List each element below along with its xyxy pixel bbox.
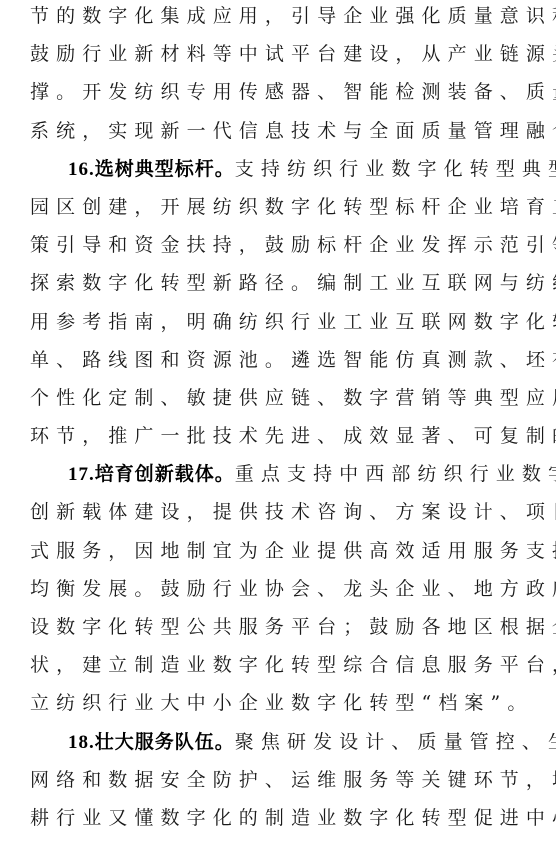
text-run: 重点支持中西部纺织行业数字化转型 [235,463,556,485]
text-line: 节的数字化集成应用，引导企业强化质量意识和质量观念。 [30,0,530,35]
text-line: 鼓励行业新材料等中试平台建设，从产业链源头加强质量支 [30,35,530,73]
text-run: 支持纺织行业数字化转型典型集群/ [235,158,556,180]
paragraph-first-line: 16.选树典型标杆。支持纺织行业数字化转型典型集群/ [30,150,530,188]
paragraph-first-line: 17.培育创新载体。重点支持中西部纺织行业数字化转型 [30,455,530,493]
text-line: 撑。开发纺织专用传感器、智能检测装备、质量控制与执行 [30,73,530,111]
section-heading-17: 17.培育创新载体。 [68,464,235,485]
text-line: 立纺织行业大中小企业数字化转型“档案”。 [30,684,530,722]
text-line: 探索数字化转型新路径。编制工业互联网与纺织行业融合应 [30,264,530,302]
text-run: 聚焦研发设计、质量管控、生产制造、 [235,731,556,753]
text-line: 状，建立制造业数字化转型综合信息服务平台，分类分级建 [30,646,530,684]
text-line: 设数字化转型公共服务平台；鼓励各地区根据企业发展现 [30,608,530,646]
text-line: 均衡发展。鼓励行业协会、龙头企业、地方政府因地制宜建 [30,570,530,608]
text-line: 园区创建，开展纺织数字化转型标杆企业培育工作，加大政 [30,188,530,226]
text-line: 耕行业又懂数字化的制造业数字化转型促进中心，推动服务 [30,799,530,837]
paragraph-16: 16.选树典型标杆。支持纺织行业数字化转型典型集群/ 园区创建，开展纺织数字化转… [30,150,530,456]
text-line: 式服务，因地制宜为企业提供高效适用服务支持，推动行业 [30,532,530,570]
paragraph-18: 18.壮大服务队伍。聚焦研发设计、质量管控、生产制造、 网络和数据安全防护、运维… [30,723,530,838]
section-heading-16: 16.选树典型标杆。 [68,159,235,180]
text-line: 单、路线图和资源池。遴选智能仿真测款、坯布瑕疵检验、 [30,341,530,379]
paragraph-17: 17.培育创新载体。重点支持中西部纺织行业数字化转型 创新载体建设，提供技术咨询… [30,455,530,722]
section-heading-18: 18.壮大服务队伍。 [68,732,235,753]
text-line: 个性化定制、敏捷供应链、数字营销等典型应用场景和生产 [30,379,530,417]
text-line: 创新载体建设，提供技术咨询、方案设计、项目实施等一站 [30,493,530,531]
text-line: 网络和数据安全防护、运维服务等关键环节，培育一批既深 [30,761,530,799]
text-line: 策引导和资金扶持，鼓励标杆企业发挥示范引领作用，积极 [30,226,530,264]
text-line: 环节，推广一批技术先进、成效显著、可复制的典型案例。 [30,417,530,455]
paragraph-continuation: 节的数字化集成应用，引导企业强化质量意识和质量观念。 鼓励行业新材料等中试平台建… [30,0,530,150]
text-line: 用参考指南，明确纺织行业工业互联网数字化转型场景清 [30,303,530,341]
paragraph-first-line: 18.壮大服务队伍。聚焦研发设计、质量管控、生产制造、 [30,723,530,761]
document-page: 节的数字化集成应用，引导企业强化质量意识和质量观念。 鼓励行业新材料等中试平台建… [30,0,530,837]
text-line: 系统，实现新一代信息技术与全面质量管理融合应用。 [30,112,530,150]
